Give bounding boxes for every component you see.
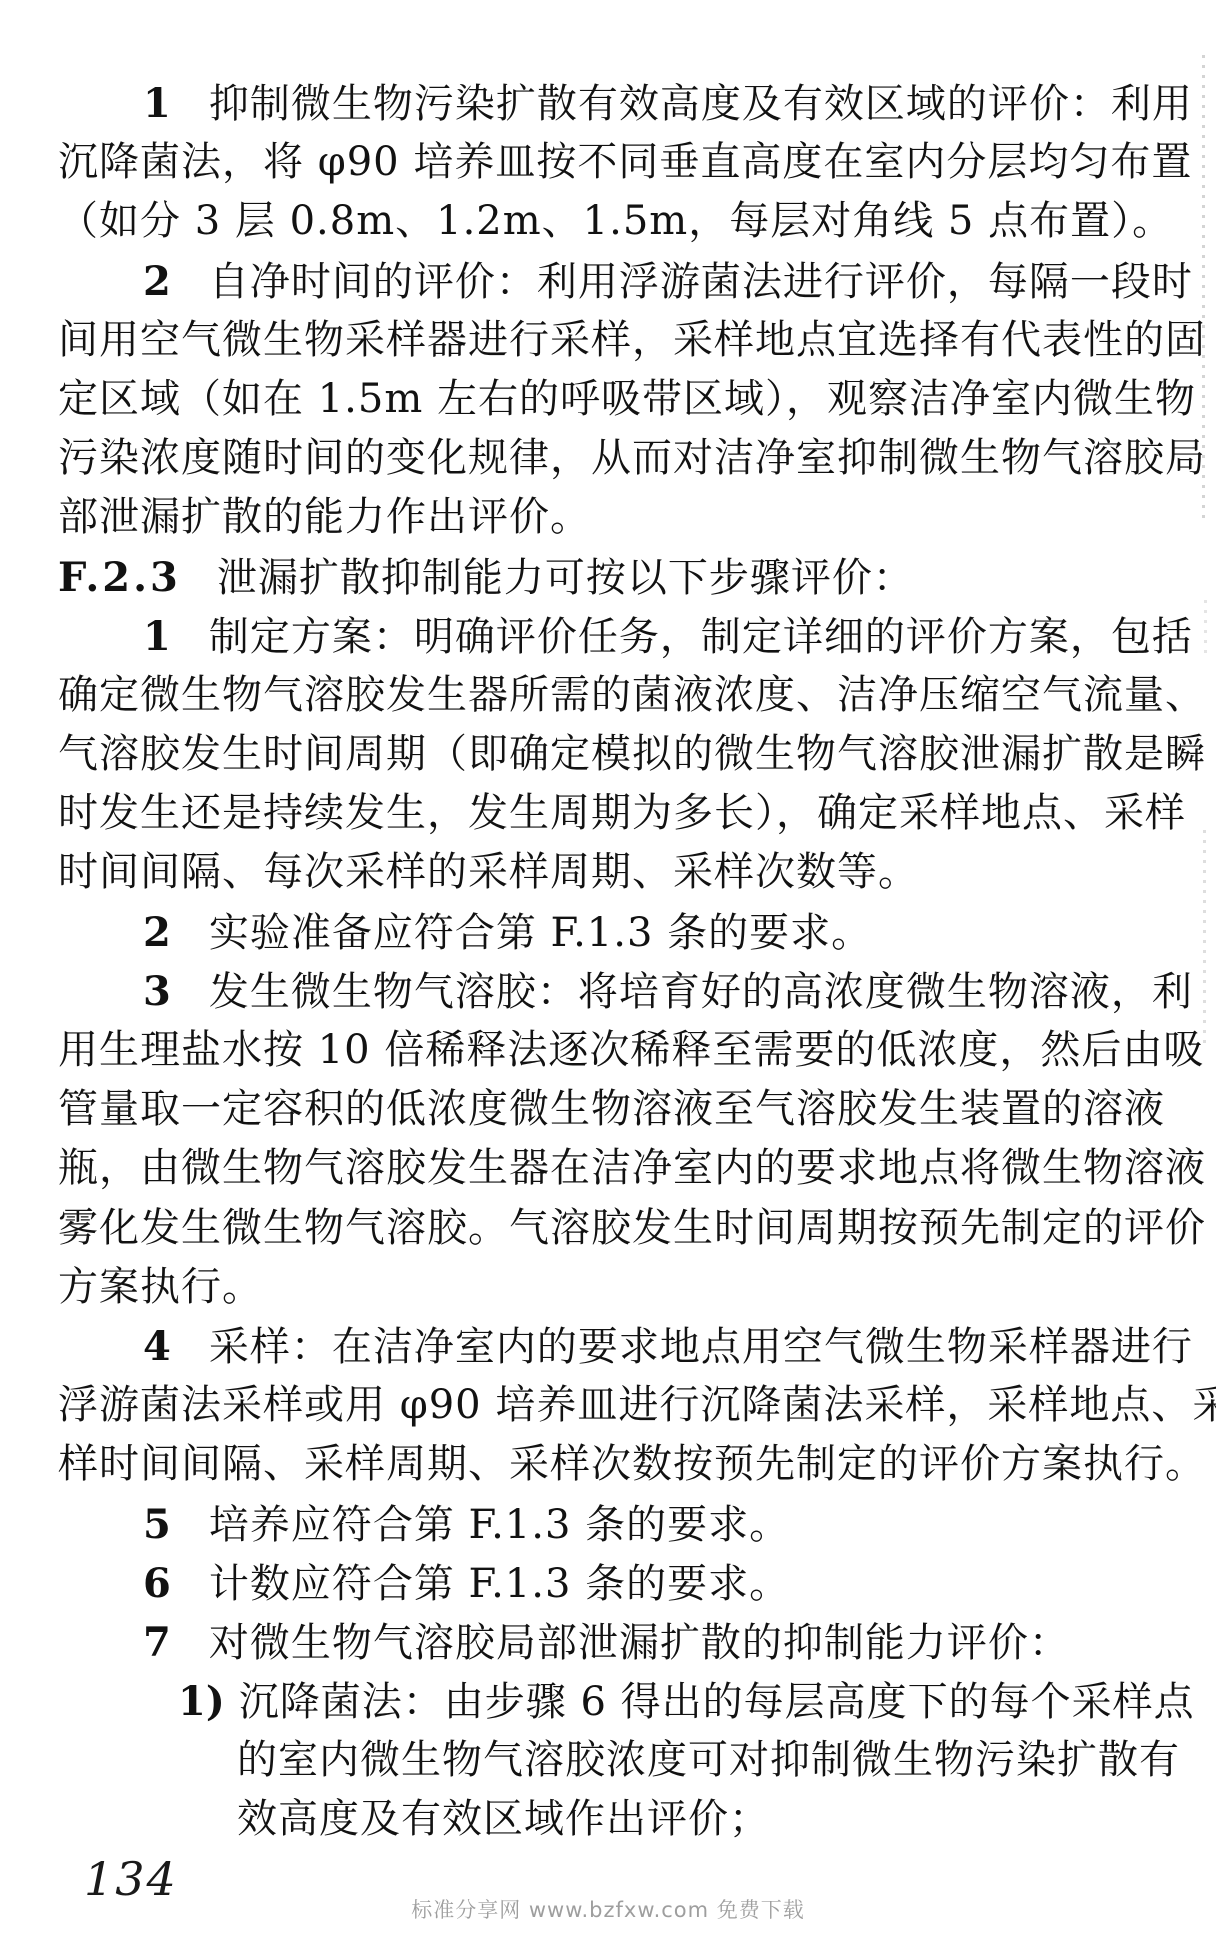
line-text: 雾化发生微生物气溶胶。气溶胶发生时间周期按预先制定的评价 (58, 1205, 1206, 1251)
text-line: 浮游菌法采样或用 φ90 培养皿进行沉降菌法采样，采样地点、采 (58, 1376, 1183, 1435)
line-text: 的室内微生物气溶胶浓度可对抑制微生物污染扩散有 (237, 1737, 1180, 1783)
item-number: 6 (143, 1560, 171, 1607)
text-line: 用生理盐水按 10 倍稀释法逐次稀释至需要的低浓度，然后由吸 (58, 1021, 1183, 1080)
line-text: 时发生还是持续发生，发生周期为多长），确定采样地点、采样 (58, 790, 1186, 836)
text-line: 3发生微生物气溶胶：将培育好的高浓度微生物溶液，利 (58, 962, 1183, 1021)
line-text: 浮游菌法采样或用 φ90 培养皿进行沉降菌法采样，采样地点、采 (58, 1382, 1216, 1428)
text-line: 沉降菌法，将 φ90 培养皿按不同垂直高度在室内分层均匀布置 (58, 133, 1183, 192)
scan-edge-artifact (1204, 600, 1207, 660)
line-text: 瓶，由微生物气溶胶发生器在洁净室内的要求地点将微生物溶液 (58, 1145, 1206, 1191)
line-text: 自净时间的评价：利用浮游菌法进行评价，每隔一段时 (209, 259, 1193, 305)
item-number: 3 (143, 968, 171, 1015)
text-block: 1抑制微生物污染扩散有效高度及有效区域的评价：利用沉降菌法，将 φ90 培养皿按… (58, 74, 1183, 1850)
text-line: 1抑制微生物污染扩散有效高度及有效区域的评价：利用 (58, 74, 1183, 133)
text-line: 定区域（如在 1.5m 左右的呼吸带区域），观察洁净室内微生物 (58, 370, 1183, 429)
line-text: 时间间隔、每次采样的采样周期、采样次数等。 (58, 849, 919, 895)
text-line: 效高度及有效区域作出评价； (58, 1790, 1183, 1849)
item-number: 1 (143, 80, 171, 127)
text-line: 5培养应符合第 F.1.3 条的要求。 (58, 1495, 1183, 1554)
line-text: 间用空气微生物采样器进行采样，采样地点宜选择有代表性的固 (58, 317, 1206, 363)
line-text: 用生理盐水按 10 倍稀释法逐次稀释至需要的低浓度，然后由吸 (58, 1027, 1204, 1073)
text-line: （如分 3 层 0.8m、1.2m、1.5m，每层对角线 5 点布置）。 (58, 192, 1183, 251)
item-number: 7 (143, 1619, 171, 1666)
line-text: 部泄漏扩散的能力作出评价。 (58, 494, 591, 540)
text-line: 管量取一定容积的低浓度微生物溶液至气溶胶发生装置的溶液 (58, 1080, 1183, 1139)
text-line: 1制定方案：明确评价任务，制定详细的评价方案，包括 (58, 607, 1183, 666)
line-text: 效高度及有效区域作出评价； (237, 1796, 770, 1842)
text-line: 时间间隔、每次采样的采样周期、采样次数等。 (58, 843, 1183, 902)
text-line: 2实验准备应符合第 F.1.3 条的要求。 (58, 903, 1183, 962)
text-line: 气溶胶发生时间周期（即确定模拟的微生物气溶胶泄漏扩散是瞬 (58, 725, 1183, 784)
line-text: 对微生物气溶胶局部泄漏扩散的抑制能力评价： (209, 1620, 1070, 1666)
item-number: 1 (143, 613, 171, 660)
line-text: 方案执行。 (58, 1264, 263, 1310)
line-text: 泄漏扩散抑制能力可按以下步骤评价： (217, 555, 914, 601)
text-line: 2自净时间的评价：利用浮游菌法进行评价，每隔一段时 (58, 252, 1183, 311)
text-line: 的室内微生物气溶胶浓度可对抑制微生物污染扩散有 (58, 1731, 1183, 1790)
text-line: F.2.3泄漏扩散抑制能力可按以下步骤评价： (58, 548, 1183, 607)
line-text: 实验准备应符合第 F.1.3 条的要求。 (209, 910, 872, 956)
line-text: 定区域（如在 1.5m 左右的呼吸带区域），观察洁净室内微生物 (58, 376, 1196, 422)
text-line: 瓶，由微生物气溶胶发生器在洁净室内的要求地点将微生物溶液 (58, 1139, 1183, 1198)
line-text: 发生微生物气溶胶：将培育好的高浓度微生物溶液，利 (209, 969, 1193, 1015)
item-number: 2 (143, 258, 171, 305)
text-line: 部泄漏扩散的能力作出评价。 (58, 488, 1183, 547)
text-line: 雾化发生微生物气溶胶。气溶胶发生时间周期按预先制定的评价 (58, 1199, 1183, 1258)
item-number: 2 (143, 909, 171, 956)
scan-edge-artifact (1203, 830, 1206, 1050)
line-text: 制定方案：明确评价任务，制定详细的评价方案，包括 (209, 614, 1193, 660)
text-line: 1)沉降菌法：由步骤 6 得出的每层高度下的每个采样点 (58, 1672, 1183, 1731)
scan-edge-artifact (1202, 55, 1205, 525)
line-text: 沉降菌法：由步骤 6 得出的每层高度下的每个采样点 (239, 1679, 1195, 1725)
text-line: 间用空气微生物采样器进行采样，采样地点宜选择有代表性的固 (58, 311, 1183, 370)
text-line: 6计数应符合第 F.1.3 条的要求。 (58, 1554, 1183, 1613)
text-line: 时发生还是持续发生，发生周期为多长），确定采样地点、采样 (58, 784, 1183, 843)
scanned-document-page: 1抑制微生物污染扩散有效高度及有效区域的评价：利用沉降菌法，将 φ90 培养皿按… (0, 0, 1216, 1950)
item-number: 4 (143, 1323, 171, 1370)
line-text: 沉降菌法，将 φ90 培养皿按不同垂直高度在室内分层均匀布置 (58, 139, 1192, 185)
item-number: 5 (143, 1501, 171, 1548)
line-text: 培养应符合第 F.1.3 条的要求。 (209, 1502, 790, 1548)
text-line: 确定微生物气溶胶发生器所需的菌液浓度、洁净压缩空气流量、 (58, 666, 1183, 725)
watermark-text: 标准分享网 www.bzfxw.com 免费下载 (0, 1894, 1216, 1924)
line-text: 样时间间隔、采样周期、采样次数按预先制定的评价方案执行。 (58, 1441, 1206, 1487)
item-number: 1) (178, 1678, 225, 1725)
line-text: 确定微生物气溶胶发生器所需的菌液浓度、洁净压缩空气流量、 (58, 672, 1206, 718)
clause-number: F.2.3 (58, 554, 181, 601)
line-text: 气溶胶发生时间周期（即确定模拟的微生物气溶胶泄漏扩散是瞬 (58, 731, 1206, 777)
line-text: 污染浓度随时间的变化规律，从而对洁净室抑制微生物气溶胶局 (58, 435, 1206, 481)
text-line: 7对微生物气溶胶局部泄漏扩散的抑制能力评价： (58, 1613, 1183, 1672)
text-line: 4采样：在洁净室内的要求地点用空气微生物采样器进行 (58, 1317, 1183, 1376)
line-text: 抑制微生物污染扩散有效高度及有效区域的评价：利用 (209, 81, 1193, 127)
text-line: 污染浓度随时间的变化规律，从而对洁净室抑制微生物气溶胶局 (58, 429, 1183, 488)
text-line: 方案执行。 (58, 1258, 1183, 1317)
line-text: （如分 3 层 0.8m、1.2m、1.5m，每层对角线 5 点布置）。 (58, 198, 1173, 244)
line-text: 计数应符合第 F.1.3 条的要求。 (209, 1561, 790, 1607)
line-text: 管量取一定容积的低浓度微生物溶液至气溶胶发生装置的溶液 (58, 1086, 1165, 1132)
text-line: 样时间间隔、采样周期、采样次数按预先制定的评价方案执行。 (58, 1435, 1183, 1494)
line-text: 采样：在洁净室内的要求地点用空气微生物采样器进行 (209, 1324, 1193, 1370)
